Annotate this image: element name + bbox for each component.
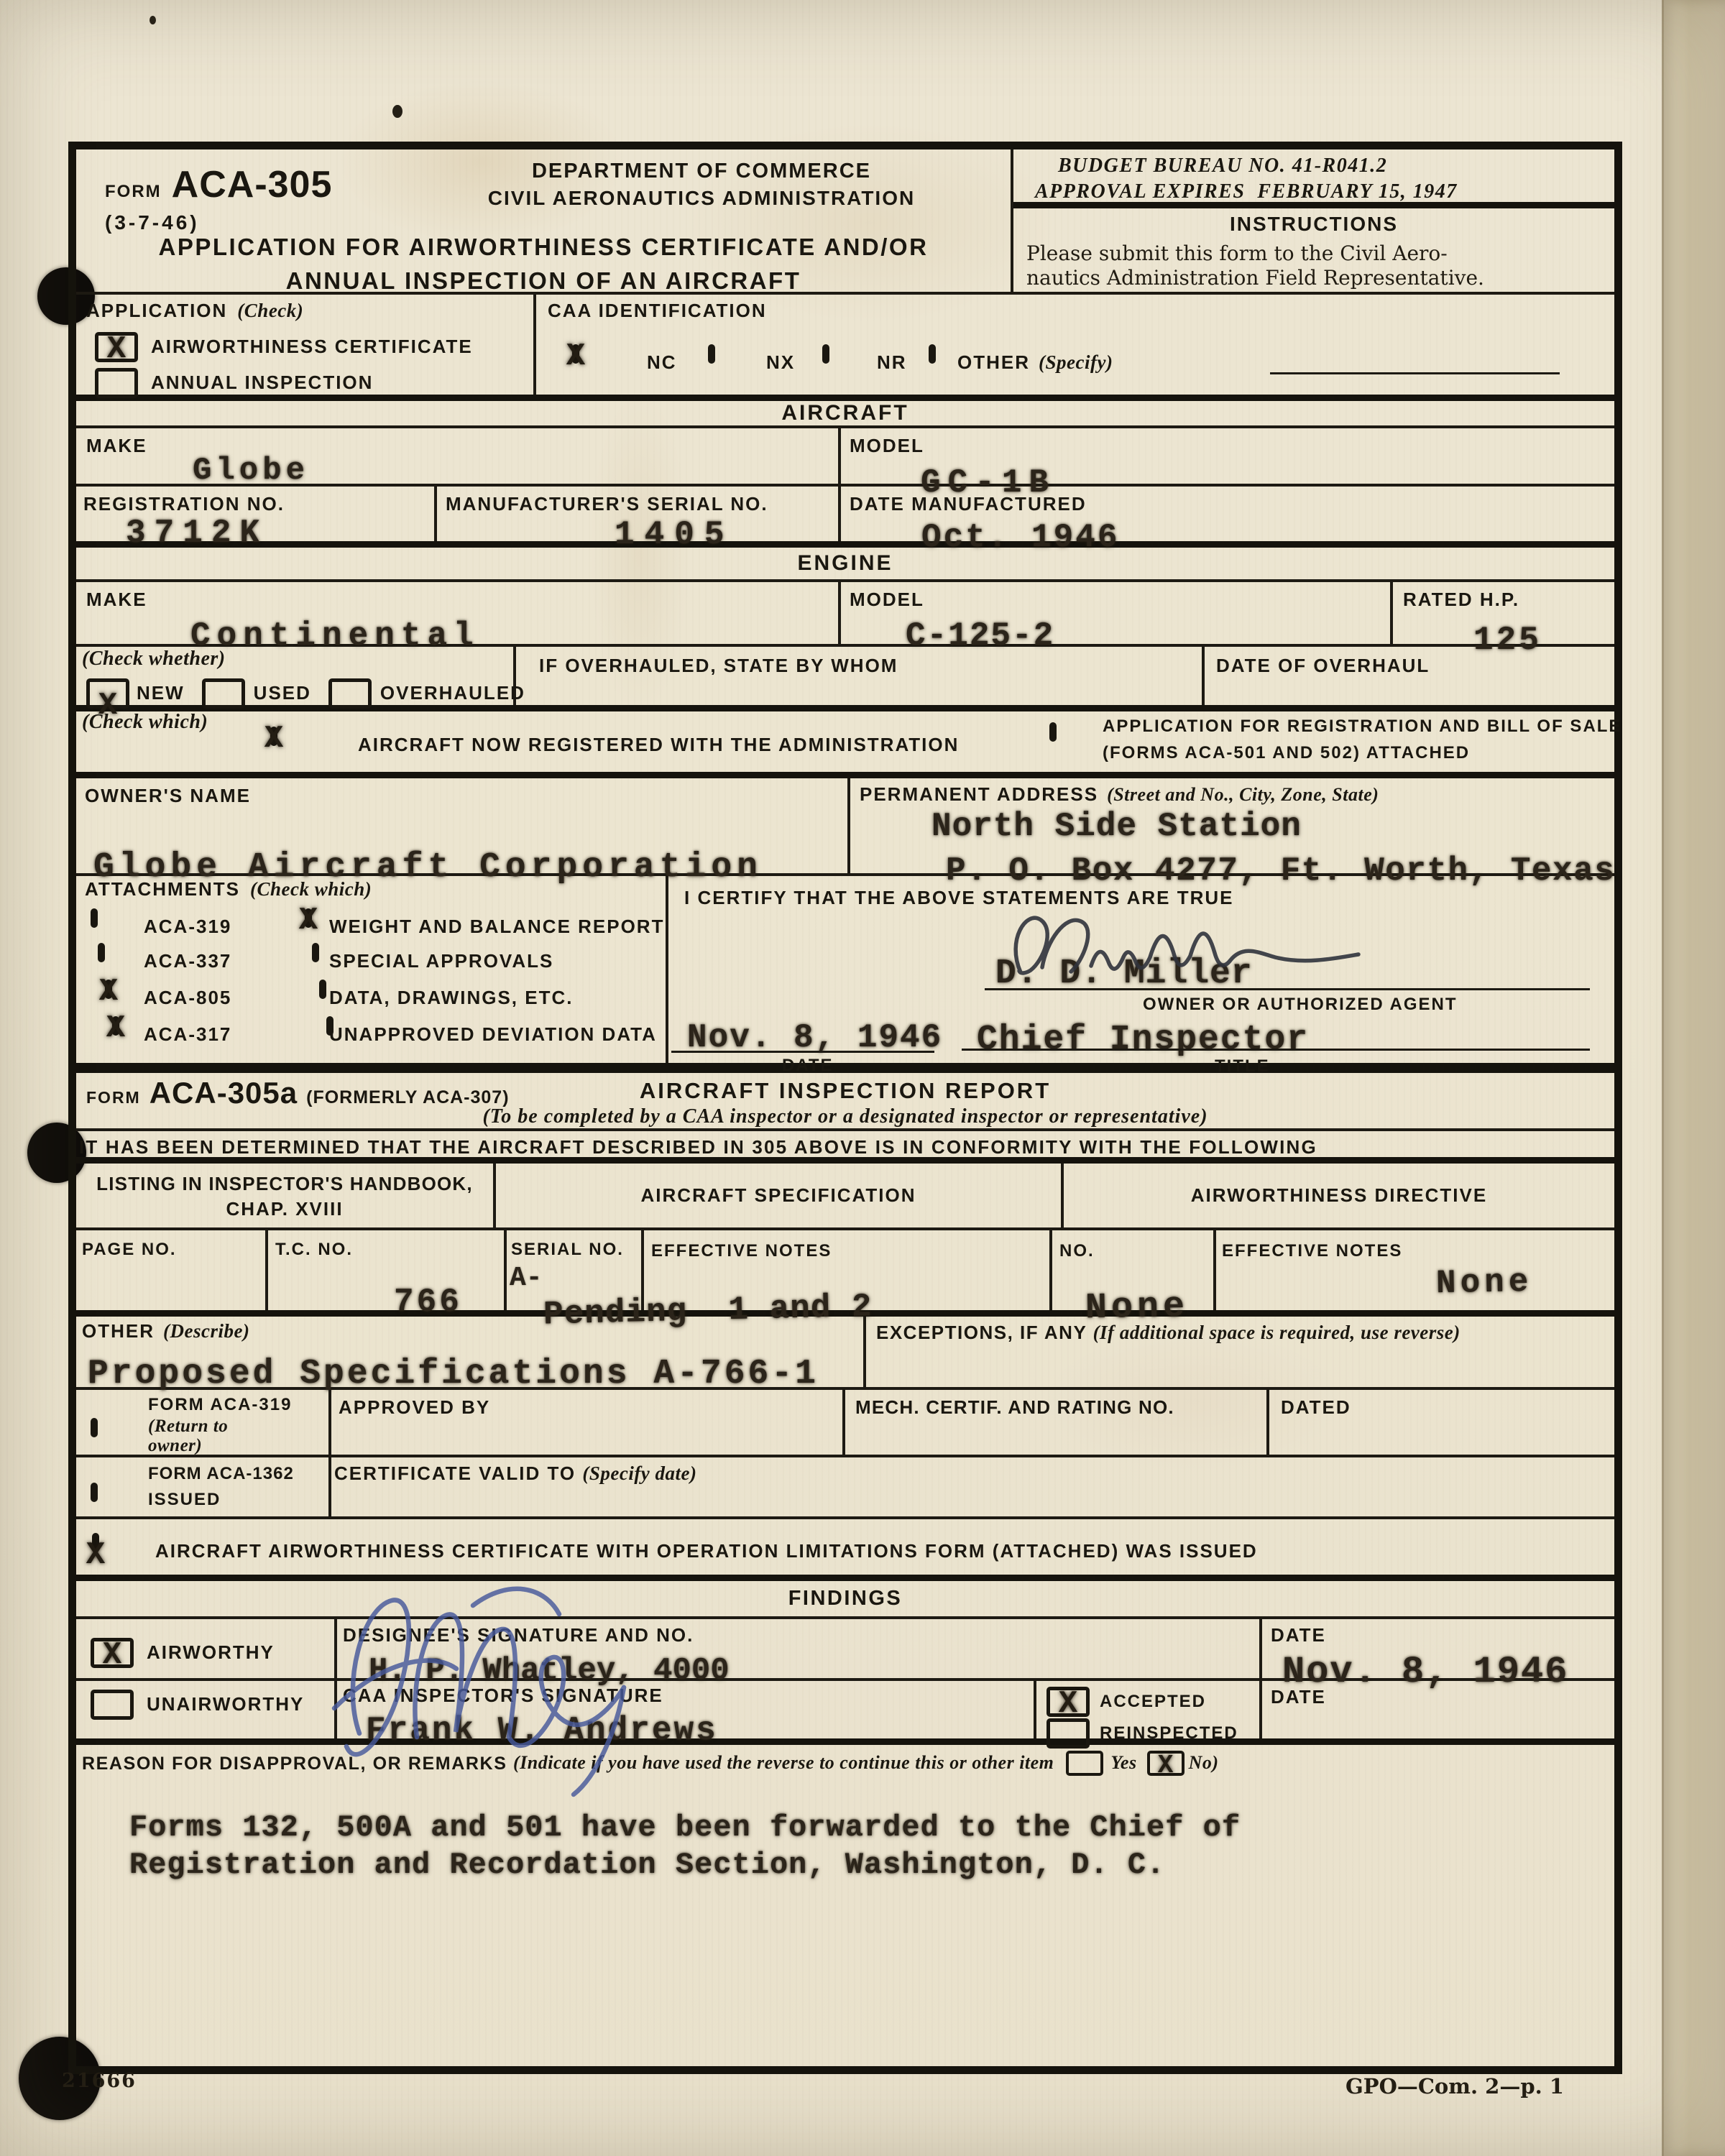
listing-header-line1: LISTING IN INSPECTOR'S HANDBOOK, bbox=[76, 1174, 493, 1194]
attachments-label: ATTACHMENTS bbox=[85, 879, 240, 900]
form-header: FORM ACA-305 (3-7-46) DEPARTMENT OF COMM… bbox=[76, 149, 1614, 295]
reason-note: (Indicate if you have used the reverse t… bbox=[513, 1753, 1059, 1774]
certify-name-caption: OWNER OR AUTHORIZED AGENT bbox=[1143, 995, 1458, 1015]
reason-label: REASON FOR DISAPPROVAL, OR REMARKS bbox=[82, 1754, 513, 1774]
exceptions-cell: EXCEPTIONS, IF ANY (If additional space … bbox=[866, 1317, 1614, 1387]
owner-row: OWNER'S NAME Globe Aircraft Corporation … bbox=[76, 778, 1614, 876]
application-check-note: (Check) bbox=[237, 300, 303, 322]
form-number: ACA-305 bbox=[172, 164, 333, 206]
certify-date-line[interactable] bbox=[671, 1051, 934, 1053]
aca-805-checkbox[interactable] bbox=[105, 980, 112, 999]
dated-cell: DATED bbox=[1269, 1390, 1614, 1455]
aca-1362-row: FORM ACA-1362 ISSUED CERTIFICATE VALID T… bbox=[76, 1457, 1614, 1519]
data-drawings-label: DATA, DRAWINGS, ETC. bbox=[329, 987, 573, 1008]
certify-name-value: D. D. Miller bbox=[995, 957, 1253, 991]
aircraft-model-label: MODEL bbox=[850, 436, 924, 456]
other-specify-line[interactable] bbox=[1270, 372, 1560, 374]
caa-inspector-signature-cell: CAA INSPECTOR'S SIGNATURE Frank W. Andre… bbox=[337, 1681, 1036, 1738]
findings-date2-label: DATE bbox=[1271, 1687, 1326, 1708]
aca-317-checkbox[interactable] bbox=[112, 1016, 119, 1036]
new-checkbox[interactable] bbox=[86, 678, 129, 709]
rated-hp-label: RATED H.P. bbox=[1403, 589, 1519, 610]
field-overhauled-by: IF OVERHAULED, STATE BY WHOM bbox=[516, 647, 1205, 705]
weight-balance-checkbox[interactable] bbox=[305, 908, 312, 928]
effective-notes-label: EFFECTIVE NOTES bbox=[651, 1242, 832, 1261]
special-approvals-checkbox[interactable] bbox=[312, 943, 319, 962]
reason-band: REASON FOR DISAPPROVAL, OR REMARKS (Indi… bbox=[76, 1745, 1614, 1781]
attachments-row: ATTACHMENTS (Check which) ACA-319 ACA-33… bbox=[76, 876, 1614, 1073]
scanned-form-page: FORM ACA-305 (3-7-46) DEPARTMENT OF COMM… bbox=[0, 0, 1725, 2156]
form-aca-319-note2: owner) bbox=[148, 1436, 292, 1456]
conformity-table-values: PAGE NO. T.C. NO. 766 SERIAL NO. A- EFFE… bbox=[76, 1230, 1614, 1317]
application-label: APPLICATION bbox=[86, 300, 227, 321]
instructions-line1: Please submit this form to the Civil Aer… bbox=[1026, 241, 1448, 265]
remarks-line2: Registration and Recordation Section, Wa… bbox=[129, 1850, 1165, 1880]
airworthy-checkbox[interactable] bbox=[91, 1638, 134, 1668]
field-rated-hp: RATED H.P. 125 bbox=[1393, 582, 1614, 644]
report-header-cell: FORM ACA-305a (FORMERLY ACA-307) AIRCRAF… bbox=[76, 1073, 1614, 1128]
new-label: NEW bbox=[137, 683, 185, 704]
overhauled-checkbox[interactable] bbox=[328, 678, 372, 709]
directive-header-cell: AIRWORTHINESS DIRECTIVE bbox=[1064, 1164, 1614, 1227]
other-value: Proposed Specifications A-766-1 bbox=[88, 1357, 819, 1391]
budget-box: BUDGET BUREAU NO. 41-R041.2 APPROVAL EXP… bbox=[1013, 149, 1614, 208]
conformity-table-header: LISTING IN INSPECTOR'S HANDBOOK, CHAP. X… bbox=[76, 1164, 1614, 1230]
aca-319-return-cell: FORM ACA-319 (Return to owner) bbox=[76, 1390, 331, 1455]
special-approvals-label: SPECIAL APPROVALS bbox=[329, 951, 553, 972]
engine-title-text: ENGINE bbox=[797, 551, 893, 576]
serial-no-label: SERIAL NO. bbox=[511, 1240, 624, 1260]
paper-speck bbox=[392, 105, 402, 118]
certificate-issued-row: AIRCRAFT AIRWORTHINESS CERTIFICATE WITH … bbox=[76, 1519, 1614, 1581]
directive-notes-cell: EFFECTIVE NOTES None bbox=[1216, 1230, 1614, 1310]
certificate-issued-label: AIRCRAFT AIRWORTHINESS CERTIFICATE WITH … bbox=[155, 1541, 1258, 1562]
caa-identification-cell: CAA IDENTIFICATION NC NX NR OTHER (Speci… bbox=[536, 295, 1614, 395]
header-left: FORM ACA-305 (3-7-46) DEPARTMENT OF COMM… bbox=[76, 149, 1013, 292]
engine-make-row: MAKE Continental MODEL C-125-2 RATED H.P… bbox=[76, 582, 1614, 647]
registered-checkbox[interactable] bbox=[270, 727, 277, 746]
field-engine-model: MODEL C-125-2 bbox=[841, 582, 1393, 644]
unairworthy-label: UNAIRWORTHY bbox=[147, 1694, 304, 1715]
annual-inspection-label: ANNUAL INSPECTION bbox=[151, 372, 373, 393]
accepted-cell: ACCEPTED REINSPECTED bbox=[1036, 1681, 1262, 1738]
directive-notes-value: None bbox=[1436, 1266, 1533, 1300]
field-serial-no: MANUFACTURER'S SERIAL NO. 1405 bbox=[437, 487, 841, 541]
remarks-line1: Forms 132, 500A and 501 have been forwar… bbox=[129, 1812, 1241, 1843]
form-aca-1362-issued-label: ISSUED bbox=[148, 1491, 221, 1510]
findings-date-cell: DATE Nov. 8, 1946 bbox=[1262, 1619, 1614, 1678]
certify-date-value: Nov. 8, 1946 bbox=[687, 1021, 942, 1054]
other-describe-label: OTHER bbox=[82, 1321, 155, 1342]
airworthiness-certificate-label: AIRWORTHINESS CERTIFICATE bbox=[151, 336, 473, 357]
aca-337-label: ACA-337 bbox=[144, 951, 231, 972]
aca-337-checkbox[interactable] bbox=[98, 943, 105, 962]
aircraft-make-value: Globe bbox=[193, 455, 309, 487]
paper-speck bbox=[149, 16, 156, 24]
report-header: FORM ACA-305a (FORMERLY ACA-307) AIRCRAF… bbox=[76, 1073, 1614, 1131]
bill-of-sale-line2: (FORMS ACA-501 AND 502) ATTACHED bbox=[1103, 744, 1621, 763]
registered-label: AIRCRAFT NOW REGISTERED WITH THE ADMINIS… bbox=[358, 734, 959, 755]
registration-value: 3712K bbox=[126, 517, 268, 550]
airworthy-cell: AIRWORTHY bbox=[76, 1619, 337, 1678]
unapproved-deviation-label: UNAPPROVED DEVIATION DATA bbox=[329, 1024, 657, 1045]
registration-status-cell: (Check which) AIRCRAFT NOW REGISTERED WI… bbox=[76, 711, 1614, 772]
overhauled-by-label: IF OVERHAULED, STATE BY WHOM bbox=[539, 655, 898, 676]
annual-inspection-checkbox[interactable] bbox=[95, 368, 138, 398]
engine-model-label: MODEL bbox=[850, 589, 924, 610]
designee-signature-label: DESIGNEE'S SIGNATURE AND NO. bbox=[343, 1625, 694, 1646]
findings-row-2: UNAIRWORTHY CAA INSPECTOR'S SIGNATURE Fr… bbox=[76, 1681, 1614, 1745]
footer-gpo: GPO—Com. 2—p. 1 bbox=[1345, 2074, 1564, 2099]
serial-label: MANUFACTURER'S SERIAL NO. bbox=[446, 494, 768, 515]
aca-319-checkbox[interactable] bbox=[91, 908, 98, 928]
other-specify-note: (Specify) bbox=[1039, 352, 1113, 374]
engine-section-title: ENGINE bbox=[76, 548, 1614, 582]
form-aca-1362-checkbox[interactable] bbox=[91, 1483, 98, 1502]
reinspected-checkbox[interactable] bbox=[1046, 1718, 1090, 1749]
attachments-note: (Check which) bbox=[250, 879, 372, 900]
aca-317-label: ACA-317 bbox=[144, 1024, 231, 1045]
aircraft-make-label: MAKE bbox=[86, 436, 147, 456]
check-whether-note: (Check whether) bbox=[82, 648, 226, 671]
registration-label: REGISTRATION NO. bbox=[83, 494, 285, 515]
certify-cell: I CERTIFY THAT THE ABOVE STATEMENTS ARE … bbox=[668, 876, 1614, 1063]
reinspected-label: REINSPECTED bbox=[1100, 1724, 1238, 1743]
nr-label: NR bbox=[877, 352, 907, 373]
application-section: APPLICATION (Check) AIRWORTHINESS CERTIF… bbox=[76, 295, 1614, 401]
listing-header-cell: LISTING IN INSPECTOR'S HANDBOOK, CHAP. X… bbox=[76, 1164, 496, 1227]
form-aca-319-note1: (Return to bbox=[148, 1416, 292, 1437]
yes-label: Yes bbox=[1110, 1753, 1136, 1774]
spec-header-cell: AIRCRAFT SPECIFICATION bbox=[496, 1164, 1064, 1227]
approved-by-label: APPROVED BY bbox=[339, 1397, 490, 1418]
field-date-of-overhaul: DATE OF OVERHAUL bbox=[1205, 647, 1614, 705]
field-permanent-address: PERMANENT ADDRESS (Street and No., City,… bbox=[850, 778, 1614, 873]
field-aircraft-model: MODEL GC-1B bbox=[841, 428, 1614, 484]
form-aca-319-label: FORM ACA-319 bbox=[148, 1396, 292, 1415]
directive-no-label: NO. bbox=[1059, 1242, 1095, 1261]
field-date-manufactured: DATE MANUFACTURED Oct. 1946 bbox=[841, 487, 1614, 541]
aircraft-make-row: MAKE Globe MODEL GC-1B bbox=[76, 428, 1614, 487]
report-title: AIRCRAFT INSPECTION REPORT bbox=[76, 1079, 1614, 1104]
spec-header-text: AIRCRAFT SPECIFICATION bbox=[641, 1185, 916, 1206]
other-row: OTHER (Describe) Proposed Specifications… bbox=[76, 1317, 1614, 1390]
serial-no-value: A- bbox=[510, 1265, 543, 1292]
nx-label: NX bbox=[766, 352, 795, 373]
certify-statement: I CERTIFY THAT THE ABOVE STATEMENTS ARE … bbox=[684, 888, 1234, 908]
owner-name-label: OWNER'S NAME bbox=[85, 786, 251, 806]
certificate-valid-cell: CERTIFICATE VALID TO (Specify date) bbox=[331, 1457, 1614, 1516]
directive-header-text: AIRWORTHINESS DIRECTIVE bbox=[1191, 1185, 1487, 1206]
engine-condition-cell: (Check whether) NEW USED OVERHAULED bbox=[76, 647, 516, 705]
other-checkbox[interactable] bbox=[929, 344, 936, 364]
form-title-line1: APPLICATION FOR AIRWORTHINESS CERTIFICAT… bbox=[76, 234, 1011, 261]
weight-balance-label: WEIGHT AND BALANCE REPORT bbox=[329, 916, 664, 937]
aircraft-registration-row: REGISTRATION NO. 3712K MANUFACTURER'S SE… bbox=[76, 487, 1614, 548]
form-word-label: FORM bbox=[105, 183, 162, 202]
aca-319-row: FORM ACA-319 (Return to owner) APPROVED … bbox=[76, 1390, 1614, 1457]
bill-of-sale-line1: APPLICATION FOR REGISTRATION AND BILL OF… bbox=[1103, 717, 1621, 737]
airworthiness-certificate-checkbox[interactable] bbox=[95, 332, 138, 362]
paper-edge bbox=[1662, 0, 1725, 2156]
engine-condition-row: (Check whether) NEW USED OVERHAULED IF O… bbox=[76, 647, 1614, 711]
caa-identification-label: CAA IDENTIFICATION bbox=[548, 300, 767, 321]
aca-1362-cell: FORM ACA-1362 ISSUED bbox=[76, 1457, 331, 1516]
registration-status-row: (Check which) AIRCRAFT NOW REGISTERED WI… bbox=[76, 711, 1614, 778]
certify-name-line[interactable] bbox=[985, 988, 1590, 990]
footer-serial: 21666 bbox=[62, 2070, 137, 2092]
certificate-issued-cell: AIRCRAFT AIRWORTHINESS CERTIFICATE WITH … bbox=[76, 1519, 1614, 1575]
accepted-checkbox[interactable] bbox=[1046, 1687, 1090, 1717]
page-no-label: PAGE NO. bbox=[82, 1240, 177, 1260]
tc-no-value: 766 bbox=[394, 1286, 462, 1319]
accepted-label: ACCEPTED bbox=[1100, 1692, 1206, 1712]
check-which-note: (Check which) bbox=[82, 711, 208, 734]
approved-by-cell: APPROVED BY bbox=[331, 1390, 845, 1455]
certify-title-line[interactable] bbox=[962, 1049, 1590, 1051]
aircraft-section-title: AIRCRAFT bbox=[76, 401, 1614, 428]
tc-no-cell: T.C. NO. 766 bbox=[268, 1230, 507, 1310]
findings-section-title: FINDINGS bbox=[76, 1581, 1614, 1619]
findings-title-text: FINDINGS bbox=[788, 1587, 903, 1610]
nc-checkbox[interactable] bbox=[572, 344, 579, 364]
other-label: OTHER bbox=[957, 352, 1030, 373]
findings-row-1: AIRWORTHY DESIGNEE'S SIGNATURE AND NO. H… bbox=[76, 1619, 1614, 1681]
certificate-valid-label: CERTIFICATE VALID TO bbox=[334, 1462, 582, 1484]
page-no-cell: PAGE NO. bbox=[76, 1230, 268, 1310]
form-aca-1362-label: FORM ACA-1362 bbox=[148, 1465, 294, 1484]
application-cell: APPLICATION (Check) AIRWORTHINESS CERTIF… bbox=[76, 295, 536, 395]
form-aca-305: FORM ACA-305 (3-7-46) DEPARTMENT OF COMM… bbox=[68, 142, 1622, 2074]
caa-inspector-signature-label: CAA INSPECTOR'S SIGNATURE bbox=[343, 1685, 663, 1706]
dated-label: DATED bbox=[1281, 1397, 1351, 1418]
budget-line2: APPROVAL EXPIRES FEBRUARY 15, 1947 bbox=[1035, 181, 1458, 203]
date-of-overhaul-label: DATE OF OVERHAUL bbox=[1216, 655, 1430, 676]
budget-line1: BUDGET BUREAU NO. 41-R041.2 bbox=[1058, 155, 1387, 178]
other-describe-note: (Describe) bbox=[163, 1321, 249, 1342]
nr-checkbox[interactable] bbox=[822, 344, 829, 364]
form-aca-319-checkbox[interactable] bbox=[91, 1418, 98, 1437]
report-subtitle: (To be completed by a CAA inspector or a… bbox=[76, 1106, 1614, 1128]
data-drawings-checkbox[interactable] bbox=[319, 980, 326, 999]
exceptions-label: EXCEPTIONS, IF ANY bbox=[876, 1322, 1093, 1343]
form-title-line2: ANNUAL INSPECTION OF AN AIRCRAFT bbox=[76, 268, 1011, 295]
instructions-line2: nautics Administration Field Representat… bbox=[1026, 266, 1484, 290]
used-label: USED bbox=[254, 683, 311, 704]
used-checkbox[interactable] bbox=[202, 678, 245, 709]
attachments-cell: ATTACHMENTS (Check which) ACA-319 ACA-33… bbox=[76, 876, 668, 1063]
aircraft-title-text: AIRCRAFT bbox=[781, 401, 908, 425]
determined-band: IT HAS BEEN DETERMINED THAT THE AIRCRAFT… bbox=[76, 1131, 1614, 1164]
listing-header-line2: CHAP. XVIII bbox=[76, 1199, 493, 1220]
instructions-title: INSTRUCTIONS bbox=[1013, 213, 1614, 235]
unairworthy-checkbox[interactable] bbox=[91, 1690, 134, 1720]
form-revision: (3-7-46) bbox=[105, 211, 200, 234]
findings-date2-cell: DATE bbox=[1262, 1681, 1614, 1738]
certificate-issued-checkbox[interactable] bbox=[92, 1533, 99, 1552]
serial-value: 1405 bbox=[615, 518, 734, 551]
airworthy-label: AIRWORTHY bbox=[147, 1642, 275, 1663]
remarks-area: Forms 132, 500A and 501 have been forwar… bbox=[76, 1781, 1614, 2066]
overhauled-label: OVERHAULED bbox=[380, 683, 525, 704]
no-label: No) bbox=[1189, 1753, 1219, 1774]
directive-notes-label: EFFECTIVE NOTES bbox=[1222, 1242, 1402, 1261]
field-owner-name: OWNER'S NAME Globe Aircraft Corporation bbox=[76, 778, 850, 873]
other-cell: OTHER (Describe) Proposed Specifications… bbox=[76, 1317, 866, 1387]
yes-checkbox[interactable] bbox=[1066, 1751, 1103, 1776]
certificate-valid-note: (Specify date) bbox=[582, 1462, 696, 1484]
dept-line1: DEPARTMENT OF COMMERCE bbox=[414, 160, 989, 183]
field-registration-no: REGISTRATION NO. 3712K bbox=[76, 487, 437, 541]
aca-319-label: ACA-319 bbox=[144, 916, 231, 937]
field-aircraft-make: MAKE Globe bbox=[76, 428, 841, 484]
dept-line2: CIVIL AERONAUTICS ADMINISTRATION bbox=[414, 187, 989, 209]
determined-text: IT HAS BEEN DETERMINED THAT THE AIRCRAFT… bbox=[79, 1137, 1317, 1158]
bill-of-sale-checkbox[interactable] bbox=[1049, 722, 1057, 742]
certify-title-value: Chief Inspector bbox=[977, 1023, 1309, 1057]
header-right: BUDGET BUREAU NO. 41-R041.2 APPROVAL EXP… bbox=[1013, 149, 1614, 292]
no-checkbox[interactable] bbox=[1147, 1751, 1184, 1776]
unairworthy-cell: UNAIRWORTHY bbox=[76, 1681, 337, 1738]
date-manufactured-label: DATE MANUFACTURED bbox=[850, 494, 1087, 515]
designee-signature-cell: DESIGNEE'S SIGNATURE AND NO. H. P. Whatl… bbox=[337, 1619, 1262, 1678]
exceptions-note: (If additional space is required, use re… bbox=[1093, 1322, 1460, 1343]
nc-label: NC bbox=[647, 352, 677, 373]
address-note: (Street and No., City, Zone, State) bbox=[1107, 785, 1379, 806]
address-label: PERMANENT ADDRESS bbox=[860, 784, 1098, 805]
mech-certif-label: MECH. CERTIF. AND RATING NO. bbox=[855, 1397, 1174, 1418]
engine-make-label: MAKE bbox=[86, 589, 147, 610]
field-engine-make: MAKE Continental bbox=[76, 582, 841, 644]
aca-805-label: ACA-805 bbox=[144, 987, 231, 1008]
address-line1: North Side Station bbox=[931, 810, 1302, 843]
tc-no-label: T.C. NO. bbox=[275, 1240, 353, 1260]
findings-date-label: DATE bbox=[1271, 1625, 1326, 1646]
caa-inspector-signature-value: Frank W. Andrews bbox=[366, 1714, 718, 1747]
nx-checkbox[interactable] bbox=[708, 344, 715, 364]
mech-certif-cell: MECH. CERTIF. AND RATING NO. bbox=[845, 1390, 1269, 1455]
